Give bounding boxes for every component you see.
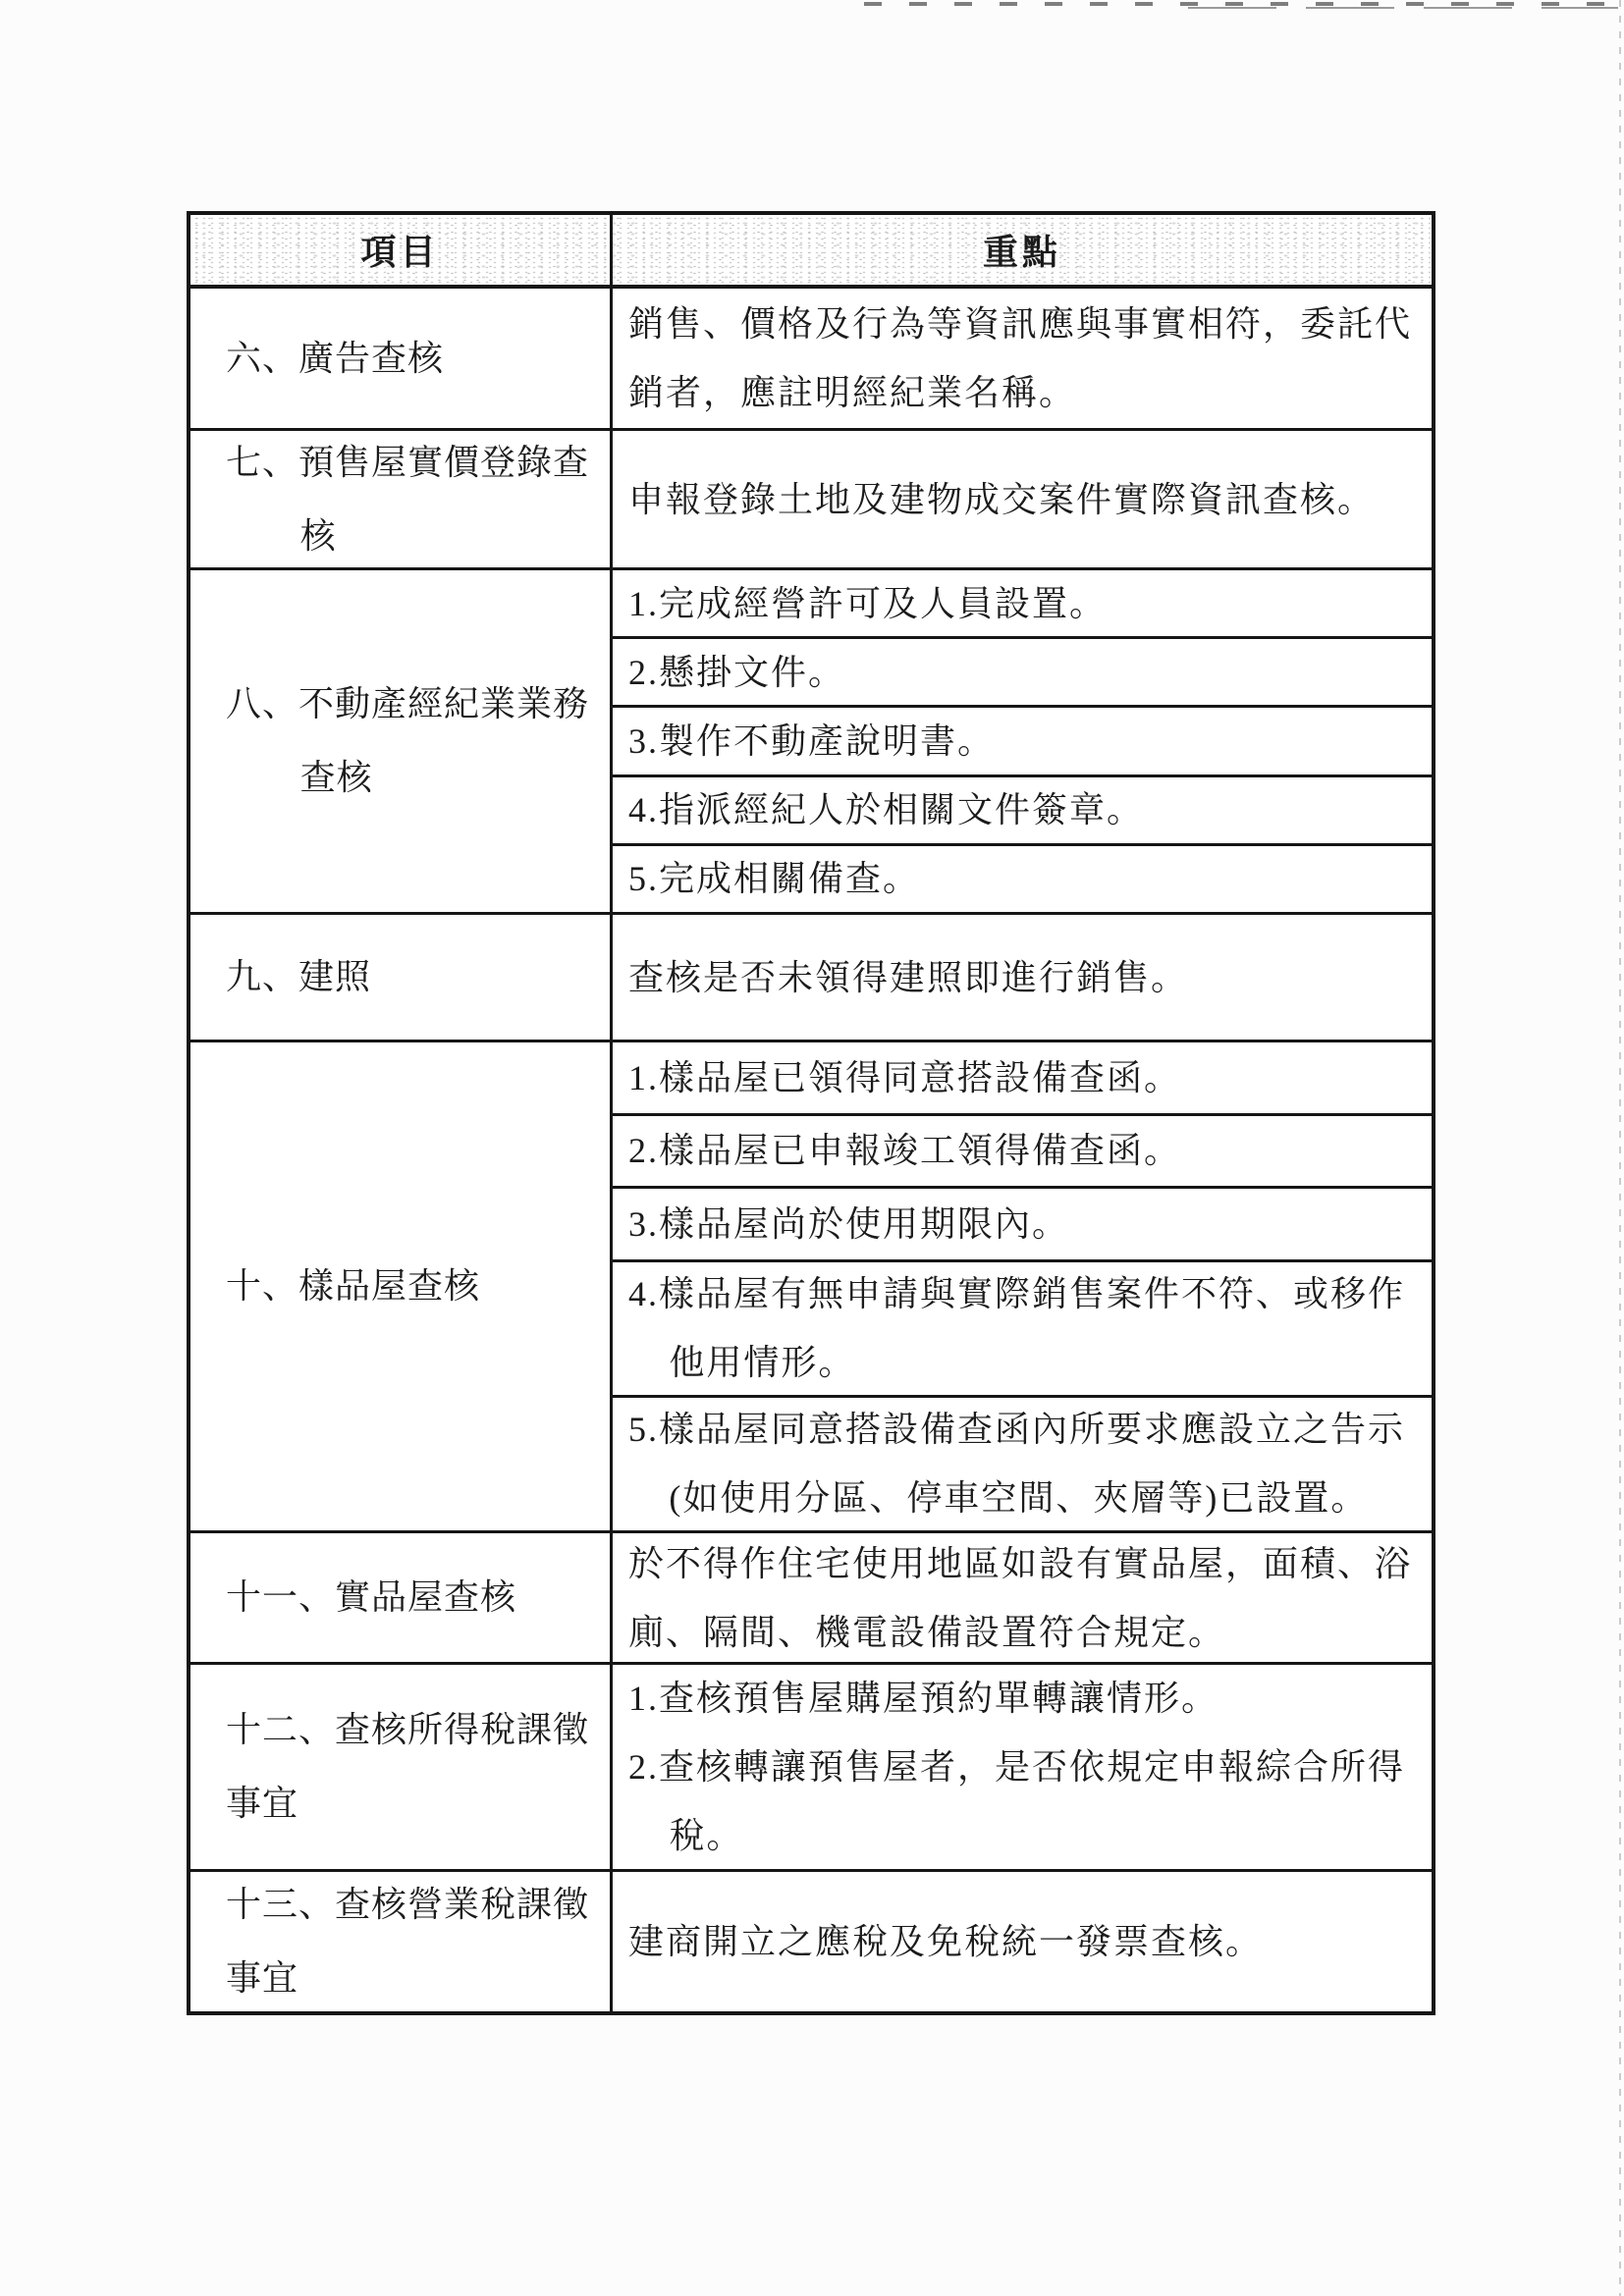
table-row: 十一、實品屋查核於不得作住宅使用地區如設有實品屋，面積、浴廁、隔間、機電設備設置… xyxy=(190,1533,1432,1665)
points-column: 於不得作住宅使用地區如設有實品屋，面積、浴廁、隔間、機電設備設置符合規定。 xyxy=(613,1533,1432,1662)
point-cell: 1.完成經營許可及人員設置。 xyxy=(613,570,1432,639)
points-column: 銷售、價格及行為等資訊應與事實相符，委託代銷者，應註明經紀業名稱。 xyxy=(613,289,1432,428)
point-cell: 1.樣品屋已領得同意搭設備查函。 xyxy=(613,1042,1432,1116)
table-row: 七、預售屋實價登錄查核申報登錄土地及建物成交案件實際資訊查核。 xyxy=(190,431,1432,570)
point-text: 1.查核預售屋購屋預約單轉讓情形。 xyxy=(628,1664,1424,1733)
point-cell: 5.完成相關備查。 xyxy=(613,846,1432,912)
point-cell: 3.製作不動產說明書。 xyxy=(613,708,1432,776)
scan-artifact-top-line xyxy=(1188,7,1618,9)
item-label: 十三、查核營業稅課徵事宜 xyxy=(226,1868,604,2015)
point-text: 銷售、價格及行為等資訊應與事實相符，委託代銷者，應註明經紀業名稱。 xyxy=(628,290,1424,427)
point-text: 2.懸掛文件。 xyxy=(628,638,1424,707)
item-cell: 十三、查核營業稅課徵事宜 xyxy=(190,1872,613,2011)
point-cell: 銷售、價格及行為等資訊應與事實相符，委託代銷者，應註明經紀業名稱。 xyxy=(613,289,1432,428)
item-label: 七、預售屋實價登錄查核 xyxy=(226,426,604,573)
scan-artifact-right-edge xyxy=(1619,0,1621,2296)
point-cell: 建商開立之應稅及免稅統一發票查核。 xyxy=(613,1872,1432,2011)
item-cell: 六、廣告查核 xyxy=(190,289,613,428)
point-text: 4.樣品屋有無申請與實際銷售案件不符、或移作他用情形。 xyxy=(628,1259,1424,1397)
item-label: 六、廣告查核 xyxy=(226,322,444,396)
item-cell: 十一、實品屋查核 xyxy=(190,1533,613,1662)
point-cell: 2.懸掛文件。 xyxy=(613,639,1432,708)
table-row: 十、樣品屋查核1.樣品屋已領得同意搭設備查函。2.樣品屋已申報竣工領得備查函。3… xyxy=(190,1042,1432,1533)
points-column: 1.查核預售屋購屋預約單轉讓情形。2.查核轉讓預售屋者，是否依規定申報綜合所得稅… xyxy=(613,1665,1432,1869)
item-label: 九、建照 xyxy=(226,940,371,1014)
item-label: 十二、查核所得稅課徵事宜 xyxy=(226,1693,604,1841)
column-header-keypoint: 重點 xyxy=(613,215,1432,285)
point-cell: 2.樣品屋已申報竣工領得備查函。 xyxy=(613,1116,1432,1190)
item-cell: 七、預售屋實價登錄查核 xyxy=(190,431,613,567)
points-column: 查核是否未領得建照即進行銷售。 xyxy=(613,915,1432,1040)
point-text: 4.指派經紀人於相關文件簽章。 xyxy=(628,775,1424,844)
item-label: 十一、實品屋查核 xyxy=(226,1561,516,1634)
point-text: 5.樣品屋同意搭設備查函內所要求應設立之告示(如使用分區、停車空間、夾層等)已設… xyxy=(628,1395,1424,1532)
point-text: 1.完成經營許可及人員設置。 xyxy=(628,569,1424,638)
table-header-row: 項目 重點 xyxy=(190,215,1432,289)
document-page: 項目 重點 六、廣告查核銷售、價格及行為等資訊應與事實相符，委託代銷者，應註明經… xyxy=(0,0,1624,2296)
table-row: 十二、查核所得稅課徵事宜1.查核預售屋購屋預約單轉讓情形。2.查核轉讓預售屋者，… xyxy=(190,1665,1432,1872)
point-text: 申報登錄土地及建物成交案件實際資訊查核。 xyxy=(628,465,1424,534)
item-label: 八、不動產經紀業業務查核 xyxy=(226,667,604,815)
item-cell: 八、不動產經紀業業務查核 xyxy=(190,570,613,912)
point-cell: 申報登錄土地及建物成交案件實際資訊查核。 xyxy=(613,431,1432,567)
point-text: 1.樣品屋已領得同意搭設備查函。 xyxy=(628,1043,1424,1112)
scan-artifact-top-dashes xyxy=(864,2,1614,6)
table-body: 六、廣告查核銷售、價格及行為等資訊應與事實相符，委託代銷者，應註明經紀業名稱。七… xyxy=(190,289,1432,2011)
item-cell: 十、樣品屋查核 xyxy=(190,1042,613,1530)
audit-checklist-table: 項目 重點 六、廣告查核銷售、價格及行為等資訊應與事實相符，委託代銷者，應註明經… xyxy=(187,211,1435,2015)
item-cell: 九、建照 xyxy=(190,915,613,1040)
table-row: 九、建照查核是否未領得建照即進行銷售。 xyxy=(190,915,1432,1042)
point-cell: 1.查核預售屋購屋預約單轉讓情形。2.查核轉讓預售屋者，是否依規定申報綜合所得稅… xyxy=(613,1665,1432,1869)
point-text: 3.樣品屋尚於使用期限內。 xyxy=(628,1190,1424,1258)
column-header-item: 項目 xyxy=(190,215,613,285)
table-row: 十三、查核營業稅課徵事宜建商開立之應稅及免稅統一發票查核。 xyxy=(190,1872,1432,2011)
table-row: 六、廣告查核銷售、價格及行為等資訊應與事實相符，委託代銷者，應註明經紀業名稱。 xyxy=(190,289,1432,431)
point-text: 建商開立之應稅及免稅統一發票查核。 xyxy=(628,1907,1424,1976)
table-row: 八、不動產經紀業業務查核1.完成經營許可及人員設置。2.懸掛文件。3.製作不動產… xyxy=(190,570,1432,915)
point-cell: 4.樣品屋有無申請與實際銷售案件不符、或移作他用情形。 xyxy=(613,1262,1432,1398)
point-text: 2.樣品屋已申報竣工領得備查函。 xyxy=(628,1116,1424,1185)
item-cell: 十二、查核所得稅課徵事宜 xyxy=(190,1665,613,1869)
points-column: 建商開立之應稅及免稅統一發票查核。 xyxy=(613,1872,1432,2011)
point-text: 2.查核轉讓預售屋者，是否依規定申報綜合所得稅。 xyxy=(628,1733,1424,1870)
point-cell: 5.樣品屋同意搭設備查函內所要求應設立之告示(如使用分區、停車空間、夾層等)已設… xyxy=(613,1398,1432,1530)
point-cell: 4.指派經紀人於相關文件簽章。 xyxy=(613,777,1432,846)
point-cell: 查核是否未領得建照即進行銷售。 xyxy=(613,915,1432,1040)
item-label: 十、樣品屋查核 xyxy=(226,1250,480,1323)
point-text: 5.完成相關備查。 xyxy=(628,844,1424,913)
point-text: 3.製作不動產說明書。 xyxy=(628,707,1424,775)
point-text: 查核是否未領得建照即進行銷售。 xyxy=(628,943,1424,1012)
point-cell: 3.樣品屋尚於使用期限內。 xyxy=(613,1189,1432,1262)
point-cell: 於不得作住宅使用地區如設有實品屋，面積、浴廁、隔間、機電設備設置符合規定。 xyxy=(613,1533,1432,1662)
point-text: 於不得作住宅使用地區如設有實品屋，面積、浴廁、隔間、機電設備設置符合規定。 xyxy=(628,1529,1424,1667)
points-column: 1.完成經營許可及人員設置。2.懸掛文件。3.製作不動產說明書。4.指派經紀人於… xyxy=(613,570,1432,912)
points-column: 申報登錄土地及建物成交案件實際資訊查核。 xyxy=(613,431,1432,567)
points-column: 1.樣品屋已領得同意搭設備查函。2.樣品屋已申報竣工領得備查函。3.樣品屋尚於使… xyxy=(613,1042,1432,1530)
